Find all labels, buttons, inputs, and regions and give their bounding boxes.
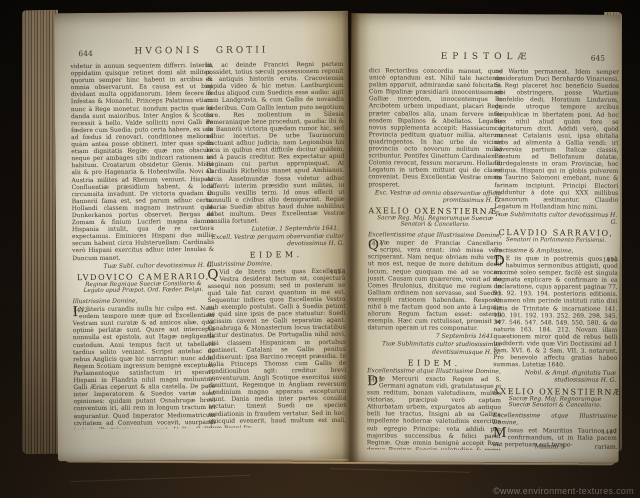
signature-mark: Mmmm 3 bbox=[535, 443, 565, 450]
letter-text: N literis curandis nulla hic culpa est. … bbox=[73, 305, 216, 429]
letter-subheading: Senatori in Parlamento Parisiensi. bbox=[502, 237, 610, 244]
letter-margin-number: 1414 bbox=[368, 240, 383, 247]
letter-subheading: Sacræ Reg. Maj. Regnorumque Sueciæ Senat… bbox=[501, 396, 609, 410]
letter-heading: EIDEM. bbox=[367, 359, 501, 367]
letter-heading: LVDOVICO CAMERARIO, bbox=[72, 273, 214, 281]
letter-heading: AXELIO OXENSTIERNÆ, bbox=[493, 388, 617, 396]
letter-continuation: ne Wartio permaneat. Idem semper desider… bbox=[494, 68, 619, 211]
letter-closing: Nobil. & Ampl. dignitatis Tuæ studiosiss… bbox=[493, 369, 616, 384]
letter-closing: Tuæ Subl. cultor devotissimus H. G. bbox=[72, 262, 213, 270]
letter-salutation: Excellentissime atque Illustrissime Domi… bbox=[493, 412, 617, 427]
open-book: 644 HVGONIS GROTII videtur in annum sequ… bbox=[18, 4, 622, 466]
letter-margin-number: 1415 bbox=[367, 376, 382, 383]
letter-body: 1415DIe Mercurii exacto Regem ad S. Germ… bbox=[367, 375, 502, 450]
letter-salutation: Excellentissime atque Illustrissime Domi… bbox=[368, 231, 502, 239]
text-column: dici Rectoribus concordia maneat, quod u… bbox=[353, 67, 503, 450]
letter-text: Væ nuper de Franciæ Cancellario scripsi,… bbox=[367, 240, 502, 333]
text-column: lit, ac deinde Francici Regni partem pos… bbox=[205, 61, 351, 428]
letter-continuation: lit, ac deinde Francici Regni partem pos… bbox=[205, 61, 344, 225]
letter-closing: Tuæ Sublimitatis cultor devotissimus H. … bbox=[494, 211, 617, 226]
photo-scene: 644 HVGONIS GROTII videtur in annum sequ… bbox=[0, 0, 640, 498]
running-head: EPISTOLÆ bbox=[351, 51, 621, 63]
drop-cap: D bbox=[494, 255, 506, 267]
letter-body: 1413QVid de literis meis quas Excellenti… bbox=[207, 267, 346, 428]
letter-heading: CLAVDIO SARRAVIO, bbox=[494, 229, 618, 237]
letter-body: 1412IN literis curandis nulla hic culpa … bbox=[73, 305, 216, 429]
table-scratch bbox=[70, 475, 250, 482]
letter-heading: AXELIO OXENSTIERNÆ, bbox=[368, 207, 502, 215]
letter-salutation: Illustrissime Domine, bbox=[73, 297, 215, 305]
signature-row: Mmmm 3 rariam. bbox=[507, 443, 618, 451]
book-gutter-shadow bbox=[342, 12, 360, 462]
table-scratch bbox=[330, 468, 470, 473]
right-page: EPISTOLÆ 645 dici Rectoribus concordia m… bbox=[349, 13, 622, 463]
drop-cap: M bbox=[493, 427, 508, 439]
text-column: ne Wartio permaneat. Idem semper desider… bbox=[493, 68, 622, 453]
left-page: 644 HVGONIS GROTII videtur in annum sequ… bbox=[54, 11, 352, 462]
letter-heading: EIDEM. bbox=[207, 251, 345, 259]
letter-closing: Exc. Vestræ ad omnia observantiæ officia… bbox=[368, 189, 501, 204]
letter-margin-number: 1416 bbox=[603, 257, 618, 264]
letter-subheading: Sacræ Reg. Maj. Regnorumque Sueciæ Senat… bbox=[376, 215, 494, 229]
letter-text: Ie Mercurii exacto Regem ad S. Germani a… bbox=[367, 375, 502, 450]
letter-body: 1416DE iis quæ in postremis quos unà hab… bbox=[493, 255, 618, 369]
watermark-text: ©www.environment-textures.com bbox=[493, 486, 634, 496]
letter-margin-number: 1417 bbox=[602, 429, 617, 436]
letter-salutation: Excellentissime atque Illustrissime Domi… bbox=[367, 367, 501, 375]
letter-continuation: dici Rectoribus concordia maneat, quod u… bbox=[368, 67, 503, 188]
letter-text: E iis quæ in postremis quos unà habuimus… bbox=[493, 255, 618, 369]
page-number: 645 bbox=[591, 54, 605, 63]
letter-text: Vid de literis meis quas Excellentia Ves… bbox=[207, 267, 346, 428]
letter-continuation: videtur in annum sequentem differri. Int… bbox=[70, 62, 214, 262]
letter-margin-number: 1412 bbox=[73, 307, 88, 314]
letter-dateline: 7 Septembris 1641. bbox=[367, 333, 495, 341]
letter-dateline: Lutetiæ, 1 Septembris 1641. bbox=[207, 225, 339, 233]
running-head: HVGONIS GROTII bbox=[54, 45, 348, 58]
letter-subheading: Reginæ Regnique Sueciæ Consiliario & Leg… bbox=[80, 281, 206, 295]
letter-salutation: Illustrissime Domine, bbox=[207, 259, 345, 267]
drop-cap: Q bbox=[207, 268, 219, 280]
text-column: videtur in annum sequentem differri. Int… bbox=[56, 62, 215, 429]
catchword: rariam. bbox=[595, 444, 618, 451]
letter-closing: Excell. Vestræ perquam observantiæ culto… bbox=[207, 233, 344, 248]
letter-salutation: Doctissime & Amplissime, bbox=[494, 247, 618, 255]
letter-body: 1414QVæ nuper de Franciæ Cancellario scr… bbox=[367, 239, 502, 332]
page-edges-left bbox=[22, 10, 58, 455]
letter-closing: Tuæ Sublimitatis cultor studiosissimus d… bbox=[367, 341, 500, 356]
